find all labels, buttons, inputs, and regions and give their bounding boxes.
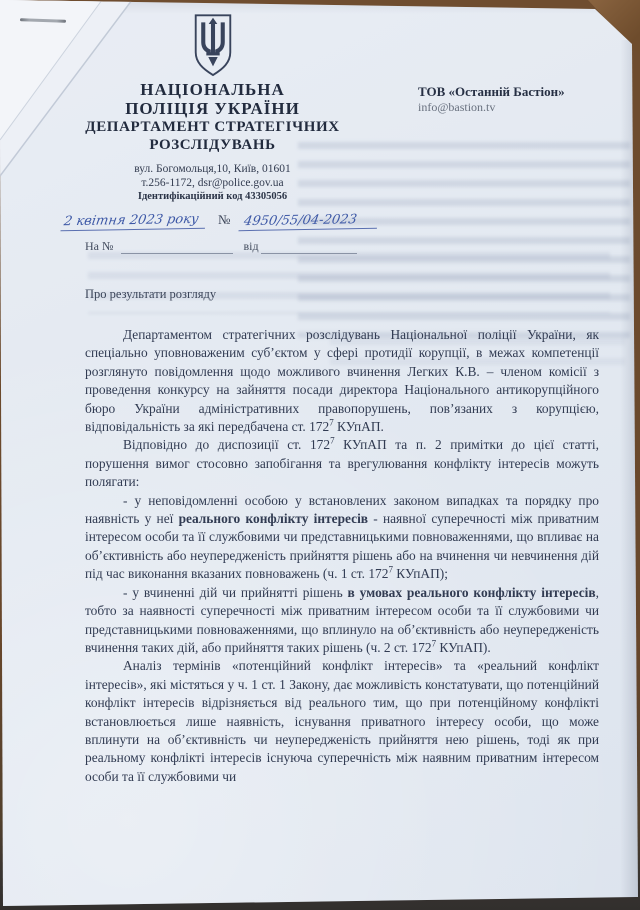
trident-emblem-icon <box>189 13 237 79</box>
photo-background: НАЦІОНАЛЬНА ПОЛІЦІЯ УКРАЇНИ ДЕПАРТАМЕНТ … <box>0 0 640 910</box>
bleedthrough-text-ghost <box>88 252 610 314</box>
body-paragraph: Відповідно до диспозиції ст. 1727 КУпАП … <box>85 436 599 491</box>
body-paragraph: Департаментом стратегічних розслідувань … <box>85 326 599 436</box>
org-name-line: ПОЛІЦІЯ УКРАЇНИ <box>40 99 385 118</box>
body-paragraph: - у неповідомленні особою у встановлених… <box>85 492 599 584</box>
recipient-block: ТОВ «Останній Бастіон» info@bastion.tv <box>418 84 628 115</box>
handwritten-date: 2 квітня 2023 року <box>60 212 207 232</box>
org-name-line: ДЕПАРТАМЕНТ СТРАТЕГІЧНИХ <box>40 118 385 136</box>
blank-underline <box>121 240 233 254</box>
recipient-email: info@bastion.tv <box>418 100 628 115</box>
reply-number-label: На № <box>85 239 113 253</box>
document-page: НАЦІОНАЛЬНА ПОЛІЦІЯ УКРАЇНИ ДЕПАРТАМЕНТ … <box>0 0 640 910</box>
reply-reference-row: На №від <box>85 239 357 257</box>
address-line: вул. Богомольця,10, Київ, 01601 <box>40 162 385 176</box>
recipient-name: ТОВ «Останній Бастіон» <box>418 84 628 100</box>
paper-edge-shadow-right <box>620 40 640 904</box>
letterhead-org-name: НАЦІОНАЛЬНА ПОЛІЦІЯ УКРАЇНИ ДЕПАРТАМЕНТ … <box>40 80 385 154</box>
document-body: Департаментом стратегічних розслідувань … <box>85 326 599 786</box>
subject-line: Про результати розгляду <box>85 287 216 302</box>
reply-from-label: від <box>243 239 258 253</box>
number-symbol: № <box>218 212 230 227</box>
body-paragraph: - у вчиненні дій чи прийнятті рішень в у… <box>85 584 599 658</box>
outgoing-reference-row: 2 квітня 2023 року № 4950/55/04-2023 <box>62 211 378 231</box>
letterhead-address: вул. Богомольця,10, Київ, 01601 т.256-11… <box>40 162 385 204</box>
org-name-line: НАЦІОНАЛЬНА <box>40 80 385 99</box>
body-paragraph: Аналіз термінів «потенційний конфлікт ін… <box>85 657 599 786</box>
address-line: т.256-1172, dsr@police.gov.ua <box>40 176 385 190</box>
org-name-line: РОЗСЛІДУВАНЬ <box>40 136 385 154</box>
blank-underline <box>261 240 357 254</box>
identification-code: Ідентифікаційний код 43305056 <box>40 190 385 204</box>
handwritten-number: 4950/55/04-2023 <box>239 212 380 231</box>
